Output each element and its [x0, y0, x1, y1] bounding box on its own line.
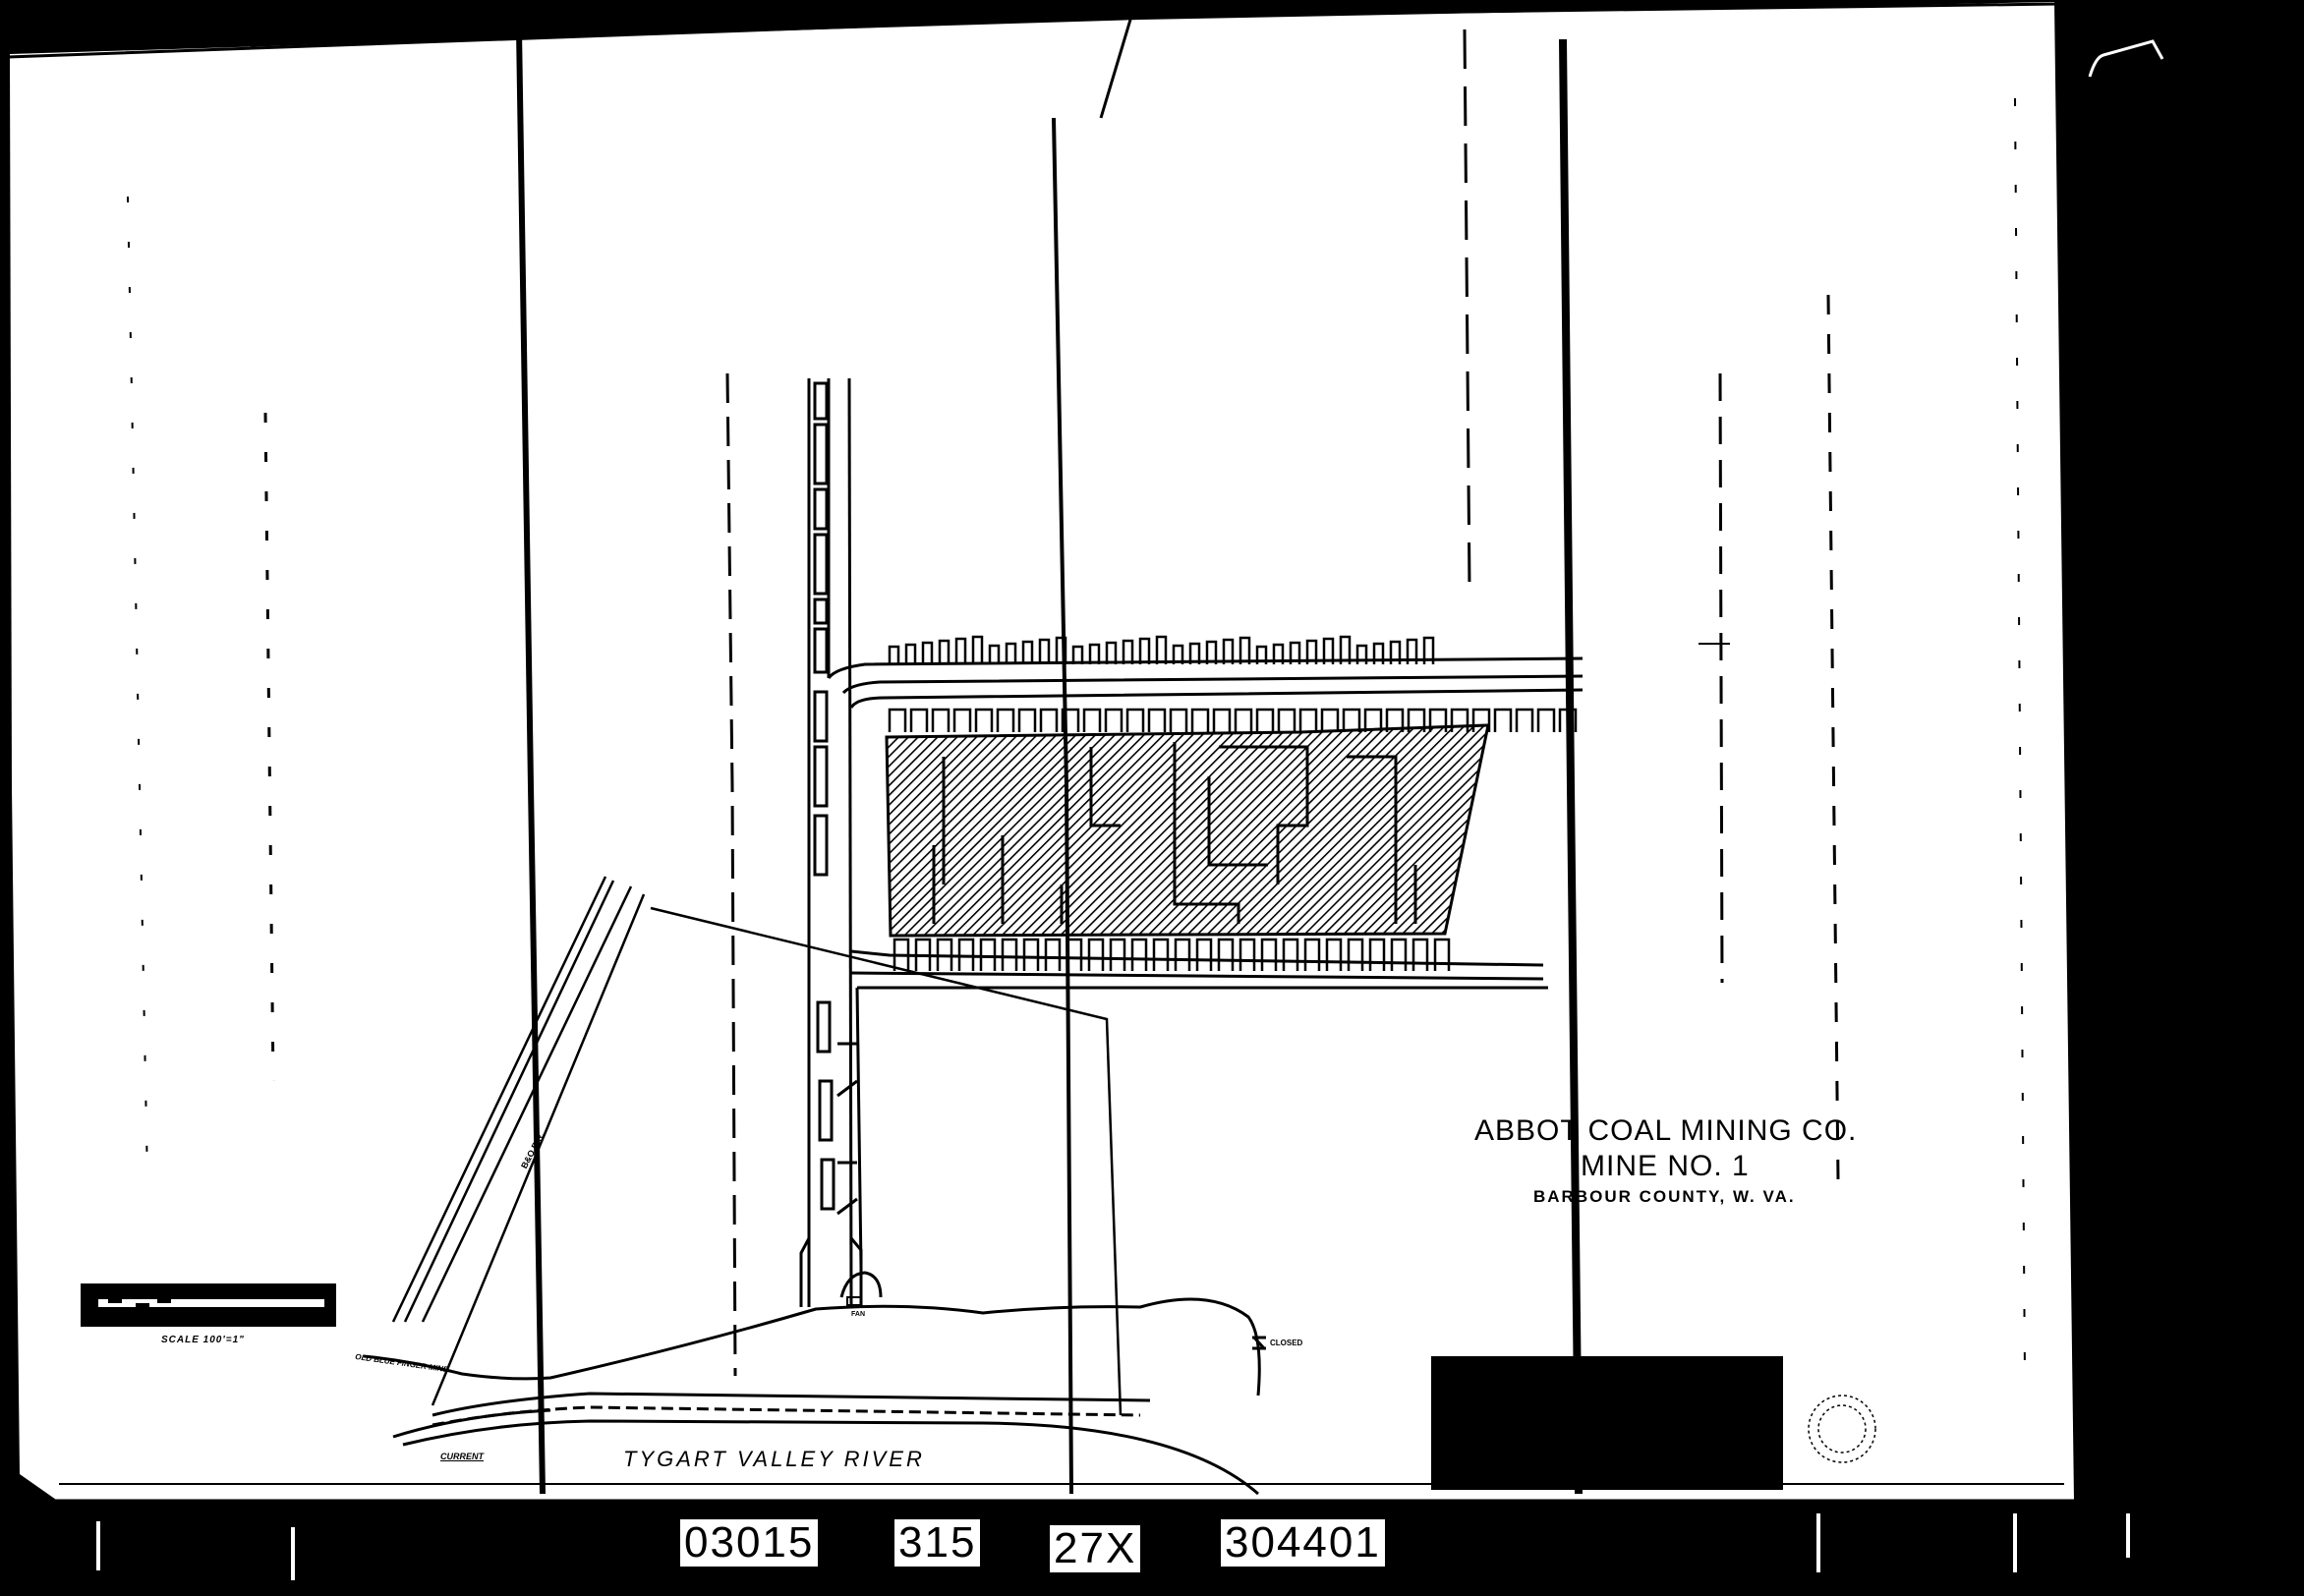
county-title: BARBOUR COUNTY, W. VA. [1533, 1187, 1796, 1207]
film-code-1: 03015 [678, 1517, 820, 1568]
scale-label: SCALE 100'=1" [161, 1335, 245, 1345]
closed-label: CLOSED [1270, 1339, 1302, 1347]
mine-map-sheet [0, 0, 2304, 1596]
river-label: TYGART VALLEY RIVER [623, 1447, 925, 1472]
film-code-4: 304401 [1219, 1517, 1387, 1568]
current-label: CURRENT [440, 1452, 484, 1461]
company-title: ABBOT COAL MINING CO. [1474, 1114, 1857, 1148]
fan-label: FAN [851, 1311, 865, 1318]
film-code-3: 27X [1048, 1523, 1142, 1574]
redacted-box [1431, 1356, 1783, 1490]
film-code-2: 315 [893, 1517, 982, 1568]
mine-title: MINE NO. 1 [1581, 1150, 1750, 1183]
